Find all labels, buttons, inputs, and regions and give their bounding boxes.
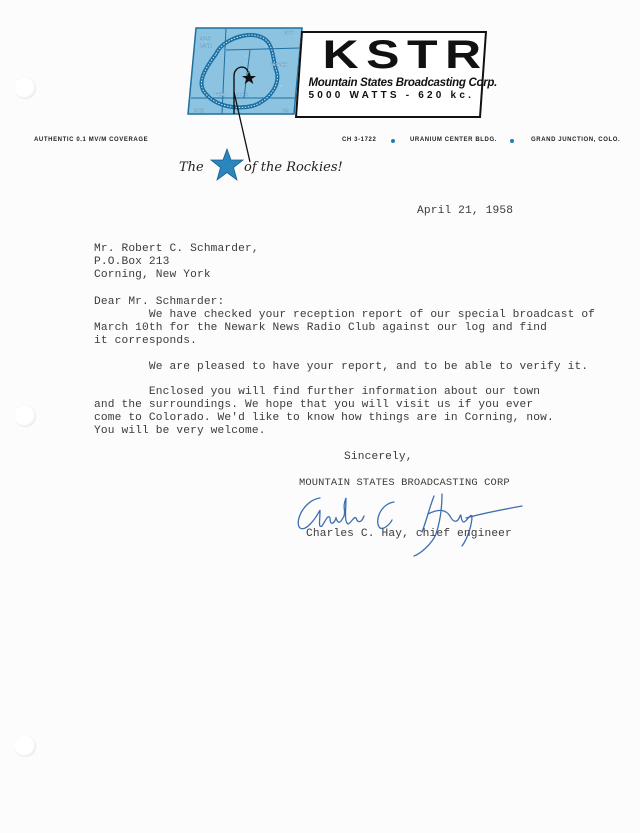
company-name: Mountain States Broadcasting Corp. xyxy=(309,77,483,89)
body-line: We have checked your reception report of… xyxy=(94,309,595,322)
slogan: The of the Rockies! xyxy=(176,146,336,186)
body-line: and the surroundings. We hope that you w… xyxy=(94,399,533,412)
separator-dot xyxy=(510,139,514,143)
address-line: Mr. Robert C. Schmarder, xyxy=(94,243,259,256)
map-label-salt: SALT xyxy=(200,36,211,41)
body-line: come to Colorado. We'd like to know how … xyxy=(94,412,554,425)
address-line: P.O.Box 213 xyxy=(94,256,170,269)
map-label-wyo: WYO xyxy=(284,30,295,35)
salutation: Dear Mr. Schmarder: xyxy=(94,296,224,309)
body-line: We are pleased to have your report, and … xyxy=(94,361,588,374)
station-power: 5000 WATTS - 620 kc. xyxy=(309,90,483,101)
coverage-text: AUTHENTIC 0.1 MV/M COVERAGE xyxy=(34,137,148,143)
body-line: You will be very welcome. xyxy=(94,425,266,438)
body-line: March 10th for the Newark News Radio Clu… xyxy=(94,322,547,335)
map-label-denver: DENVER xyxy=(270,62,287,67)
phone-number: CH 3-1722 xyxy=(342,137,376,143)
slogan-left: The xyxy=(179,160,204,175)
kstr-logo-box: KSTR Mountain States Broadcasting Corp. … xyxy=(295,31,487,118)
call-sign: KSTR xyxy=(323,35,523,75)
map-label-utah: UTAH xyxy=(214,92,225,97)
separator-dot xyxy=(391,139,395,143)
body-line: Enclosed you will find further informati… xyxy=(94,386,540,399)
map-label-ariz: ARIZ xyxy=(194,108,204,113)
map-label-lake: LAKE xyxy=(200,43,212,48)
handwritten-signature xyxy=(290,488,530,558)
city-address: GRAND JUNCTION, COLO. xyxy=(531,137,620,143)
punch-hole xyxy=(14,77,36,99)
star-icon xyxy=(210,148,244,182)
punch-hole xyxy=(14,405,36,427)
body-line: it corresponds. xyxy=(94,335,197,348)
address-line: Corning, New York xyxy=(94,269,211,282)
letter-date: April 21, 1958 xyxy=(417,205,513,218)
map-label-nm: NM xyxy=(282,108,289,113)
closing: Sincerely, xyxy=(344,451,413,464)
slogan-right: of the Rockies! xyxy=(244,160,343,175)
signer-name: Charles C. Hay, chief engineer xyxy=(306,528,512,541)
punch-hole xyxy=(14,735,36,757)
building-address: URANIUM CENTER BLDG. xyxy=(410,137,497,143)
